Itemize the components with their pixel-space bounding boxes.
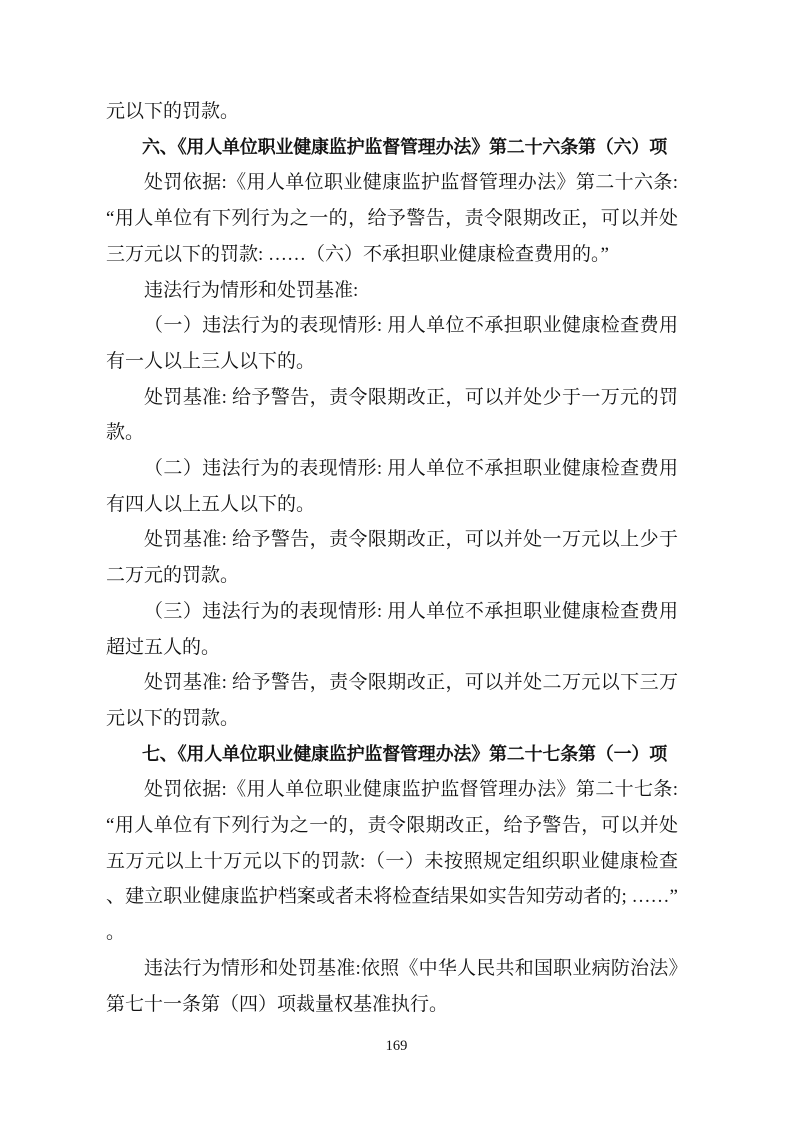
paragraph-violation-case-1: （一）违法行为的表现情形: 用人单位不承担职业健康检查费用有一人以上三人以下的。: [106, 308, 678, 379]
paragraph-violation-reference: 违法行为情形和处罚基准:依照《中华人民共和国职业病防治法》第七十一条第（四）项裁…: [106, 951, 678, 1022]
paragraph-violation-and-penalty-intro: 违法行为情形和处罚基准:: [106, 273, 678, 309]
page-sheet: 元以下的罚款。 六、《用人单位职业健康监护监督管理办法》第二十六条第（六）项 处…: [0, 0, 793, 1122]
paragraph-violation-case-2: （二）违法行为的表现情形: 用人单位不承担职业健康检查费用有四人以上五人以下的。: [106, 451, 678, 522]
section-heading-article-26-item-6: 六、《用人单位职业健康监护监督管理办法》第二十六条第（六）项: [106, 130, 678, 166]
paragraph-penalty-standard-1: 处罚基准: 给予警告，责令限期改正，可以并处少于一万元的罚款。: [106, 380, 678, 451]
document-page: { "page": { "number": "169", "background…: [0, 0, 793, 1122]
page-number: 169: [0, 1037, 793, 1055]
page-text-block: 元以下的罚款。 六、《用人单位职业健康监护监督管理办法》第二十六条第（六）项 处…: [106, 94, 678, 1022]
paragraph-penalty-basis-article-26: 处罚依据:《用人单位职业健康监护监督管理办法》第二十六条: “用人单位有下列行为…: [106, 165, 678, 272]
paragraph-penalty-standard-3: 处罚基准: 给予警告，责令限期改正，可以并处二万元以下三万元以下的罚款。: [106, 665, 678, 736]
paragraph-violation-case-3: （三）违法行为的表现情形: 用人单位不承担职业健康检查费用超过五人的。: [106, 594, 678, 665]
paragraph-penalty-basis-article-27: 处罚依据:《用人单位职业健康监护监督管理办法》第二十七条: “用人单位有下列行为…: [106, 772, 678, 951]
paragraph-penalty-standard-2: 处罚基准: 给予警告，责令限期改正，可以并处一万元以上少于二万元的罚款。: [106, 522, 678, 593]
paragraph-continuation-fine: 元以下的罚款。: [106, 94, 678, 130]
section-heading-article-27-item-1: 七、《用人单位职业健康监护监督管理办法》第二十七条第（一）项: [106, 737, 678, 773]
